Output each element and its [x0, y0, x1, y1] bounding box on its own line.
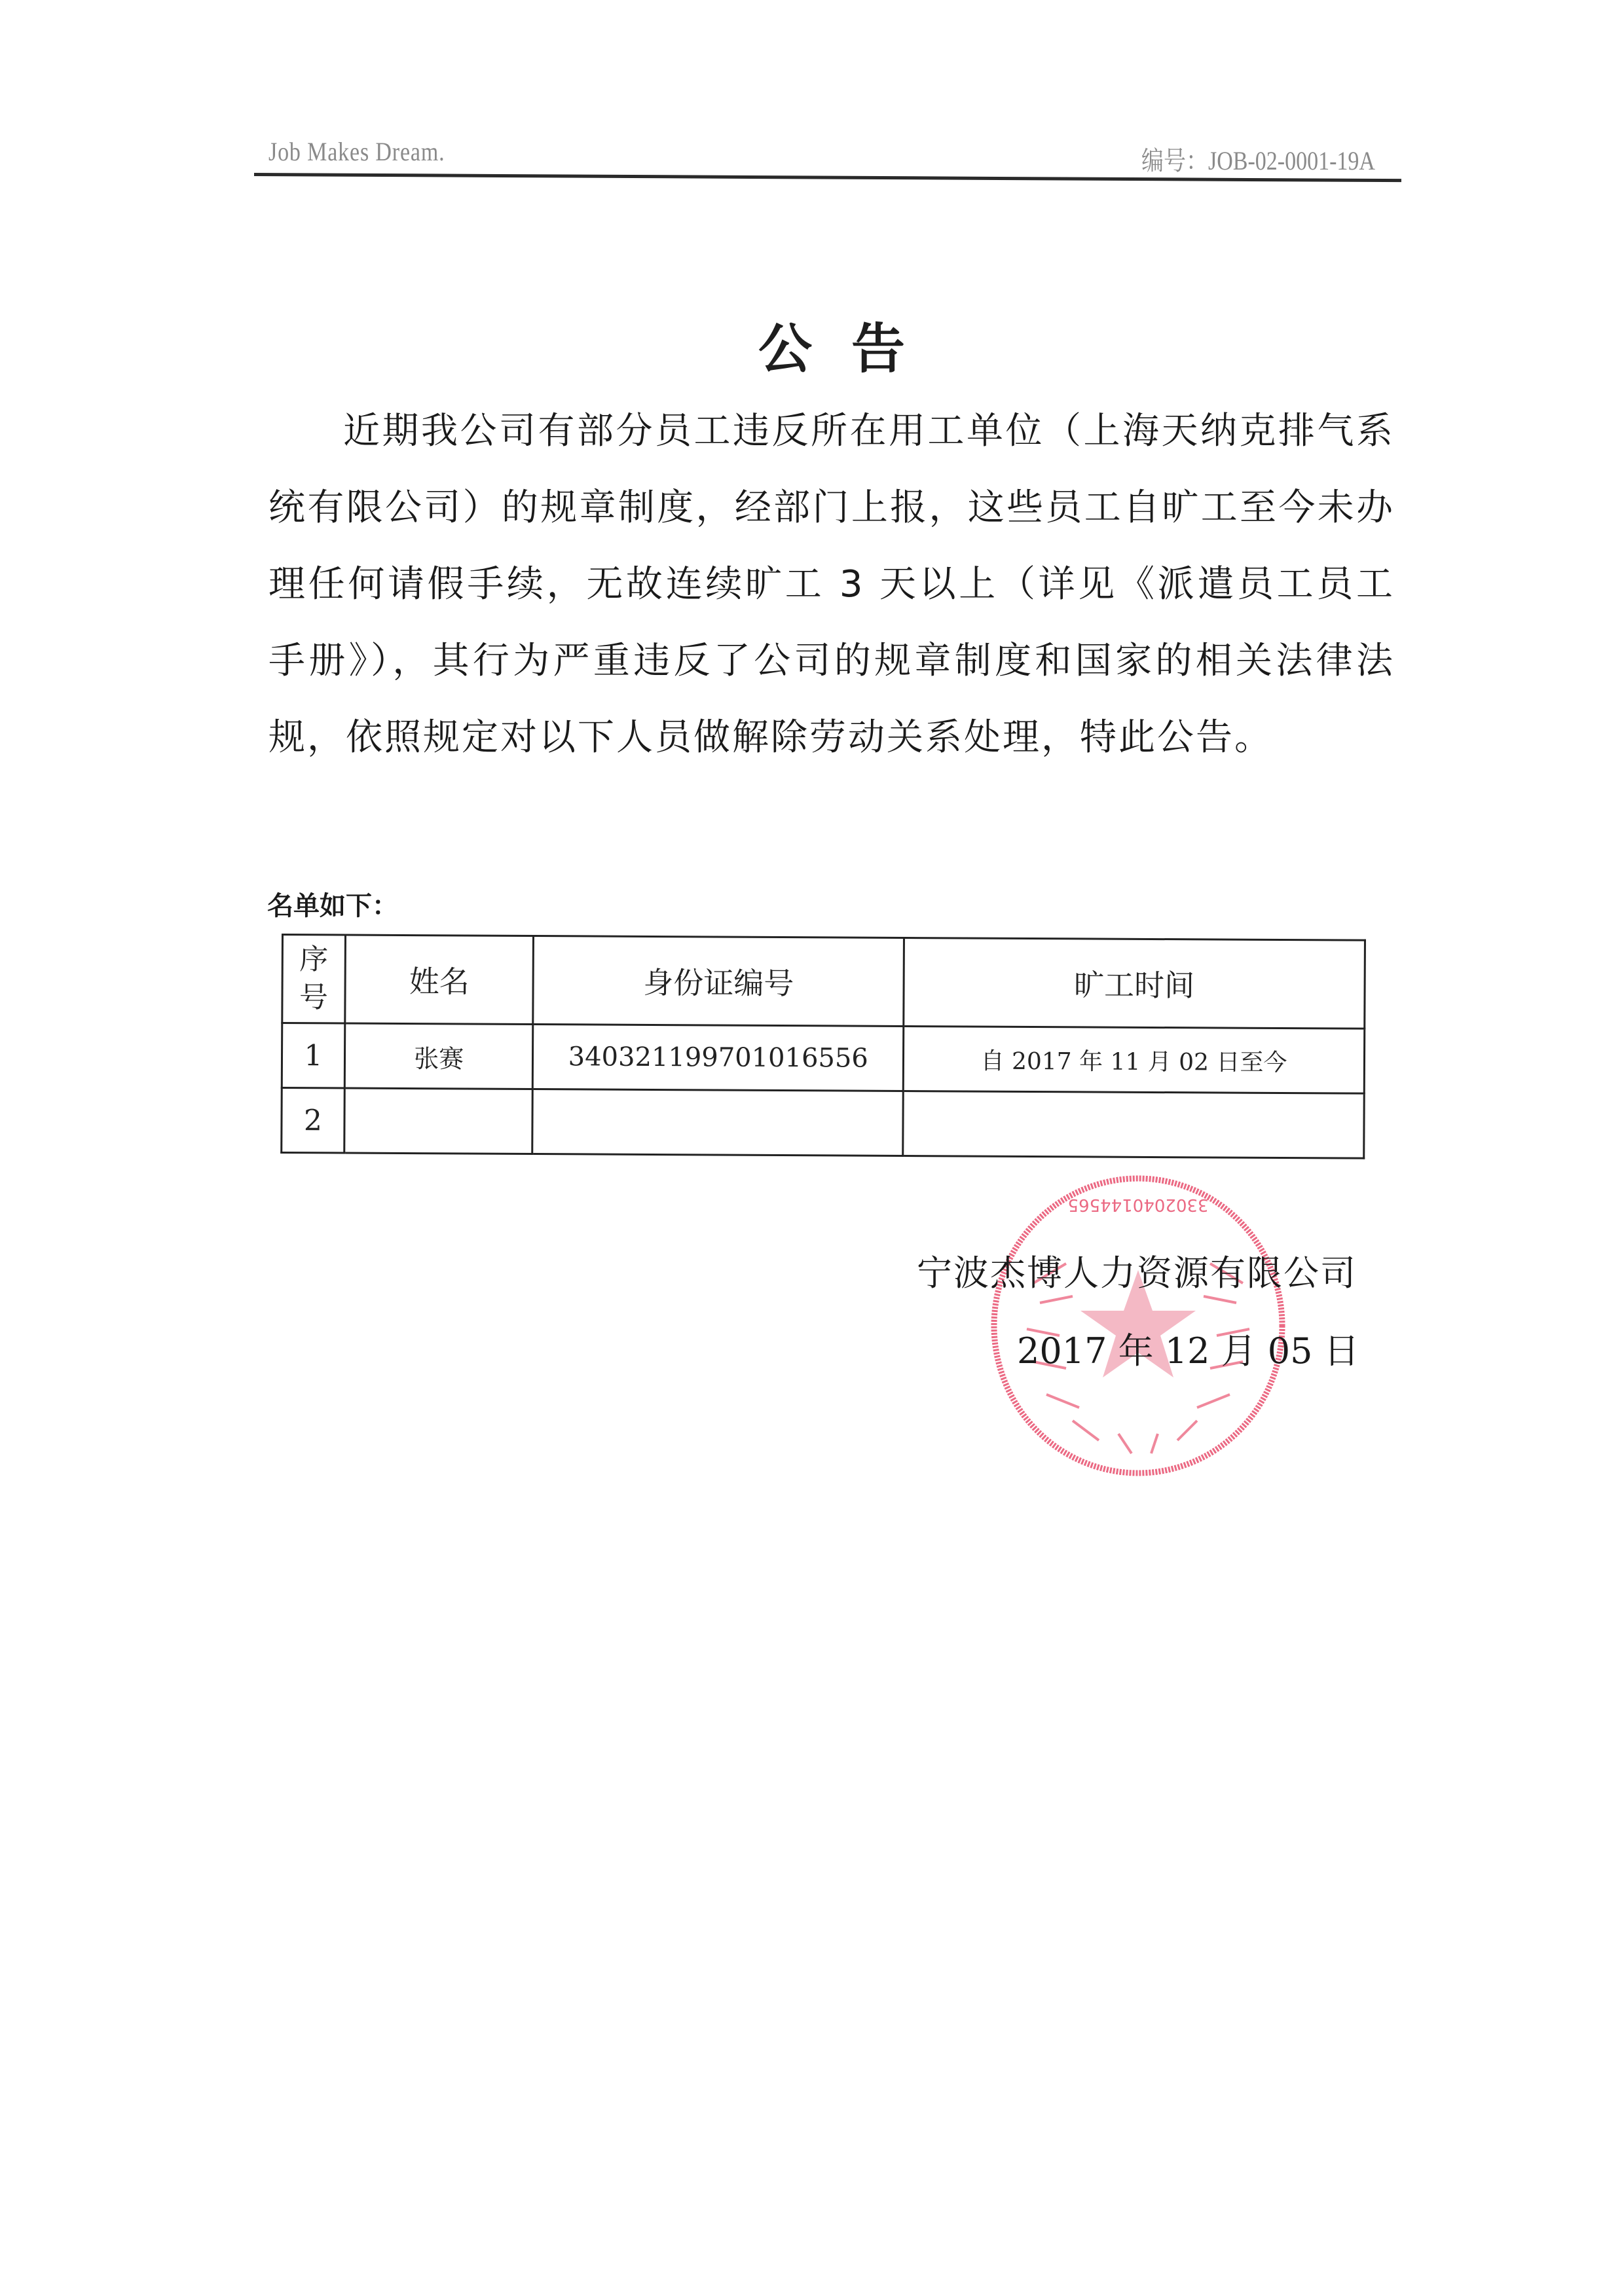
cell-id-number [532, 1089, 903, 1156]
header-seq: 序号 [282, 935, 346, 1024]
signature-company: 宁波杰博人力资源有限公司 [917, 1245, 1357, 1296]
document-number: 编号：JOB-02-0001-19A [1141, 140, 1375, 177]
dismissal-table: 序号 姓名 身份证编号 旷工时间 1 张赛 340321199701016556… [280, 934, 1366, 1159]
notice-body: 近期我公司有部分员工违反所在用工单位（上海天纳克排气系统有限公司）的规章制度，经… [268, 393, 1395, 776]
header-name: 姓名 [345, 935, 534, 1025]
table-row: 2 [282, 1088, 1364, 1159]
cell-seq: 1 [282, 1023, 344, 1089]
cell-name [344, 1088, 533, 1154]
stamp-number: 3302040144565 [1067, 1195, 1208, 1214]
header-absence-time: 旷工时间 [904, 938, 1365, 1029]
cell-id-number: 340321199701016556 [533, 1025, 904, 1091]
header-id-number: 身份证编号 [533, 936, 904, 1027]
header-slogan: Job Makes Dream. [268, 136, 445, 167]
cell-absence-time [903, 1091, 1364, 1158]
table-row: 1 张赛 340321199701016556 自 2017 年 11 月 02… [282, 1023, 1364, 1094]
cell-seq: 2 [282, 1088, 344, 1154]
list-label: 名单如下： [267, 885, 398, 922]
table-header-row: 序号 姓名 身份证编号 旷工时间 [282, 935, 1365, 1029]
signature-date: 2017 年 12 月 05 日 [1017, 1323, 1359, 1374]
cell-absence-time: 自 2017 年 11 月 02 日至今 [903, 1026, 1364, 1093]
page-title: 公告 [0, 306, 1624, 383]
cell-name: 张赛 [344, 1023, 533, 1089]
